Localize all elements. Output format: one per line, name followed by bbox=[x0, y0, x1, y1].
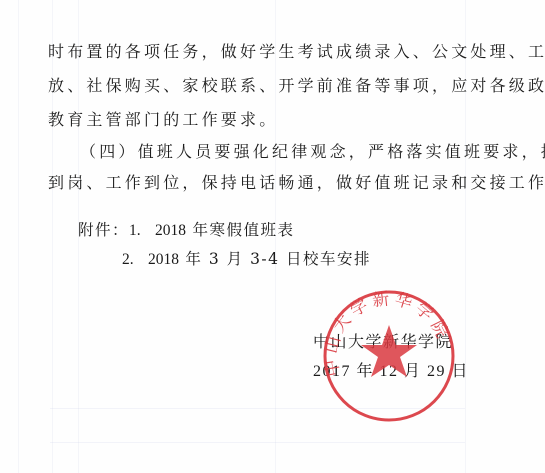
attachment-number: 2. bbox=[122, 250, 148, 270]
scan-artifact-line bbox=[465, 0, 466, 473]
attachment-year: 2018 bbox=[155, 222, 186, 239]
body-line: 到岗、工作到位，保持电话畅通，做好值班记录和交接工作。 bbox=[48, 173, 545, 193]
body-line: 教育主管部门的工作要求。 bbox=[48, 110, 278, 130]
official-seal-icon: 中山大学新华学院 bbox=[320, 287, 458, 425]
body-line: 放、社保购买、家校联系、开学前准备等事项，应对各级政府及 bbox=[48, 76, 545, 96]
scan-artifact-line bbox=[50, 442, 465, 443]
body-line: 时布置的各项任务，做好学生考试成绩录入、公文处理、工资发 bbox=[48, 42, 545, 62]
scan-artifact-line bbox=[18, 0, 19, 473]
attachment-title: 年 3 月 3-4 日校车安排 bbox=[179, 250, 371, 268]
attachment-item: 2.2018 年 3 月 3-4 日校车安排 bbox=[122, 249, 371, 270]
attachment-year: 2018 bbox=[148, 251, 179, 268]
attachment-label: 附件： bbox=[78, 221, 129, 239]
scan-artifact-line bbox=[52, 0, 53, 473]
attachment-number: 1. bbox=[129, 221, 155, 241]
signature-date: 2017 年 12 月 29 日 bbox=[313, 362, 469, 382]
attachment-item: 附件：1.2018 年寒假值班表 bbox=[78, 220, 294, 241]
document-page: 时布置的各项任务，做好学生考试成绩录入、公文处理、工资发 放、社保购买、家校联系… bbox=[0, 0, 545, 473]
body-line: （四）值班人员要强化纪律观念，严格落实值班要求，按时 bbox=[80, 142, 545, 162]
signature-organization: 中山大学新华学院 bbox=[313, 332, 453, 352]
attachment-title: 年寒假值班表 bbox=[186, 221, 294, 239]
scan-artifact-line bbox=[50, 408, 465, 409]
